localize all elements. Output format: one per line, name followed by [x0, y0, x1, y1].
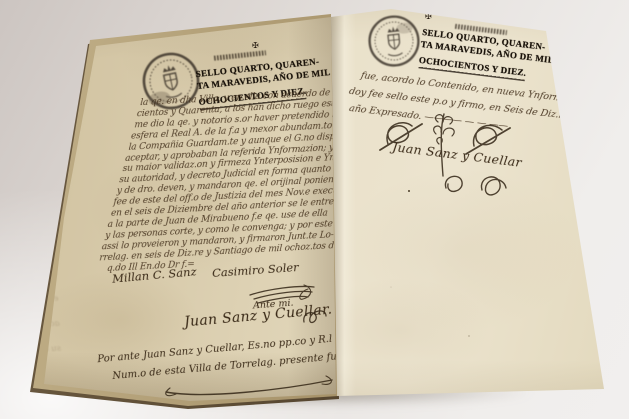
bleedthrough-line: y de dro. deven, y mandaron qe. el oriji… [0, 162, 53, 194]
footer-scribe-line: Por ante Juan Sanz y Cuellar, Es.no pp.c… [97, 334, 333, 365]
bleedthrough-line: la Compañia Guardam.te y aunque el G.no … [0, 112, 50, 144]
bleedthrough-line: su maior validaz.on y firmeza Ynterposis… [0, 137, 51, 169]
paraph-flourish-icon [300, 300, 332, 330]
bleedthrough-line: su autoridad, y decreto Judicial en form… [0, 337, 62, 369]
circular-seal-stamp-icon [363, 10, 425, 72]
ink-bleedthrough-block: la qe. en dha Villa, y en ella con acuer… [0, 62, 62, 368]
bleedthrough-line: me dio la qe. y notorio s.or haver prete… [0, 87, 49, 119]
maltese-cross-icon: ✠ [252, 41, 259, 50]
bleedthrough-line: la qe. en dha Villa, y en ella con acuer… [0, 62, 47, 94]
underline-flourish-icon [160, 372, 342, 398]
tiny-print-line [214, 50, 266, 60]
signature-flourish-icon [438, 168, 516, 206]
ink-specks [408, 190, 410, 192]
manuscript-text-block: la qe. en dha Villa, y en ella con acuer… [86, 88, 351, 276]
bleedthrough-line: rrelag. en seis de Diz.re y Santiago de … [0, 237, 56, 269]
bleedthrough-line: en el seis de Diziembre del año anterior… [0, 187, 54, 219]
bleedthrough-line: y las personas corte, y como le convenga… [0, 212, 55, 244]
maltese-cross-icon: ✠ [425, 12, 432, 21]
manuscript-photo: la qe. en dha Villa, y en ella con acuer… [0, 0, 629, 419]
